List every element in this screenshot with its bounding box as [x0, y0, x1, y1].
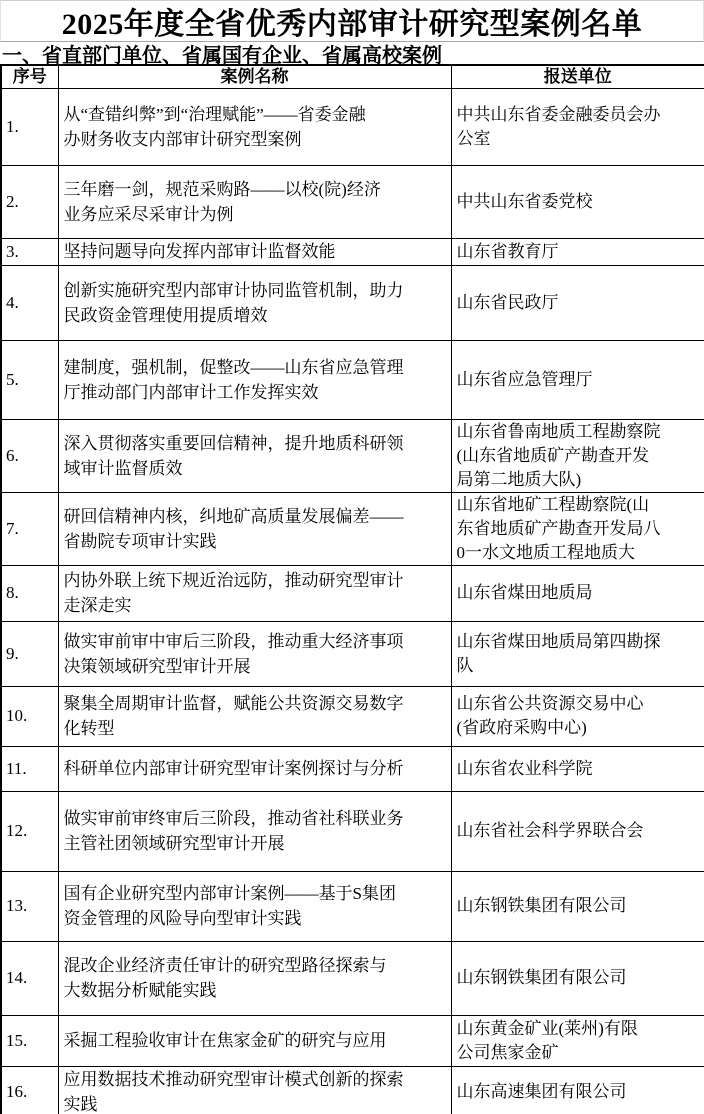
- case-name: 国有企业研究型内部审计案例——基于S集团 资金管理的风险导向型审计实践: [58, 871, 451, 941]
- row-number: 4.: [1, 265, 58, 340]
- table-row: 10. 聚集全周期审计监督，赋能公共资源交易数字 化转型 山东省公共资源交易中心…: [1, 686, 704, 746]
- unit-name: 中共山东省委党校: [451, 165, 704, 238]
- table-row: 2. 三年磨一剑，规范采购路——以校(院)经济 业务应采尽采审计为例 中共山东省…: [1, 165, 704, 238]
- section-heading: 一、省直部门单位、省属国有企业、省属高校案例: [0, 42, 704, 64]
- row-number: 2.: [1, 165, 58, 238]
- row-number: 3.: [1, 238, 58, 265]
- unit-name: 山东省社会科学界联合会: [451, 791, 704, 871]
- column-header-no: 序号: [1, 65, 58, 88]
- unit-name: 山东黄金矿业(莱州)有限 公司焦家金矿: [451, 1015, 704, 1066]
- case-name: 混改企业经济责任审计的研究型路径探索与 大数据分析赋能实践: [58, 941, 451, 1015]
- case-name: 应用数据技术推动研究型审计模式创新的探索 实践: [58, 1066, 451, 1114]
- case-name: 从“查错纠弊”到“治理赋能”——省委金融 办财务收支内部审计研究型案例: [58, 88, 451, 165]
- document-page: 2025年度全省优秀内部审计研究型案例名单 一、省直部门单位、省属国有企业、省属…: [0, 0, 704, 1114]
- table-row: 5. 建制度，强机制，促整改——山东省应急管理 厅推动部门内部审计工作发挥实效 …: [1, 340, 704, 419]
- table-row: 15. 采掘工程验收审计在焦家金矿的研究与应用 山东黄金矿业(莱州)有限 公司焦…: [1, 1015, 704, 1066]
- unit-name: 中共山东省委金融委员会办 公室: [451, 88, 704, 165]
- case-name: 深入贯彻落实重要回信精神，提升地质科研领 域审计监督质效: [58, 419, 451, 492]
- row-number: 11.: [1, 746, 58, 791]
- table-row: 1. 从“查错纠弊”到“治理赋能”——省委金融 办财务收支内部审计研究型案例 中…: [1, 88, 704, 165]
- unit-name: 山东省农业科学院: [451, 746, 704, 791]
- row-number: 7.: [1, 492, 58, 565]
- row-number: 8.: [1, 565, 58, 621]
- case-name: 三年磨一剑，规范采购路——以校(院)经济 业务应采尽采审计为例: [58, 165, 451, 238]
- table-row: 4. 创新实施研究型内部审计协同监管机制，助力 民政资金管理使用提质增效 山东省…: [1, 265, 704, 340]
- unit-name: 山东省应急管理厅: [451, 340, 704, 419]
- case-name: 做实审前审中审后三阶段，推动重大经济事项 决策领域研究型审计开展: [58, 621, 451, 686]
- table-row: 6. 深入贯彻落实重要回信精神，提升地质科研领 域审计监督质效 山东省鲁南地质工…: [1, 419, 704, 492]
- table-row: 12. 做实审前审终审后三阶段，推动省社科联业务 主管社团领域研究型审计开展 山…: [1, 791, 704, 871]
- unit-name: 山东高速集团有限公司: [451, 1066, 704, 1114]
- table-row: 11. 科研单位内部审计研究型审计案例探讨与分析 山东省农业科学院: [1, 746, 704, 791]
- row-number: 12.: [1, 791, 58, 871]
- row-number: 16.: [1, 1066, 58, 1114]
- row-number: 10.: [1, 686, 58, 746]
- unit-name: 山东钢铁集团有限公司: [451, 871, 704, 941]
- row-number: 14.: [1, 941, 58, 1015]
- case-name: 创新实施研究型内部审计协同监管机制，助力 民政资金管理使用提质增效: [58, 265, 451, 340]
- case-name: 内协外联上统下规近治远防，推动研究型审计 走深走实: [58, 565, 451, 621]
- case-table: 序号 案例名称 报送单位 1. 从“查错纠弊”到“治理赋能”——省委金融 办财务…: [0, 64, 704, 1114]
- table-row: 14. 混改企业经济责任审计的研究型路径探索与 大数据分析赋能实践 山东钢铁集团…: [1, 941, 704, 1015]
- unit-name: 山东省教育厅: [451, 238, 704, 265]
- row-number: 5.: [1, 340, 58, 419]
- case-name: 建制度，强机制，促整改——山东省应急管理 厅推动部门内部审计工作发挥实效: [58, 340, 451, 419]
- column-header-unit: 报送单位: [451, 65, 704, 88]
- column-header-case: 案例名称: [58, 65, 451, 88]
- table-row: 16. 应用数据技术推动研究型审计模式创新的探索 实践 山东高速集团有限公司: [1, 1066, 704, 1114]
- unit-name: 山东省鲁南地质工程勘察院 (山东省地质矿产勘查开发 局第二地质大队): [451, 419, 704, 492]
- unit-name: 山东省民政厅: [451, 265, 704, 340]
- case-name: 科研单位内部审计研究型审计案例探讨与分析: [58, 746, 451, 791]
- row-number: 6.: [1, 419, 58, 492]
- row-number: 13.: [1, 871, 58, 941]
- case-name: 做实审前审终审后三阶段，推动省社科联业务 主管社团领域研究型审计开展: [58, 791, 451, 871]
- unit-name: 山东省煤田地质局: [451, 565, 704, 621]
- unit-name: 山东省煤田地质局第四勘探 队: [451, 621, 704, 686]
- table-row: 3. 坚持问题导向发挥内部审计监督效能 山东省教育厅: [1, 238, 704, 265]
- unit-name: 山东省地矿工程勘察院(山 东省地质矿产勘查开发局八 0一水文地质工程地质大: [451, 492, 704, 565]
- unit-name: 山东钢铁集团有限公司: [451, 941, 704, 1015]
- case-name: 聚集全周期审计监督，赋能公共资源交易数字 化转型: [58, 686, 451, 746]
- case-name: 采掘工程验收审计在焦家金矿的研究与应用: [58, 1015, 451, 1066]
- row-number: 9.: [1, 621, 58, 686]
- unit-name: 山东省公共资源交易中心 (省政府采购中心): [451, 686, 704, 746]
- table-row: 7. 研回信精神内核，纠地矿高质量发展偏差—— 省勘院专项审计实践 山东省地矿工…: [1, 492, 704, 565]
- document-title: 2025年度全省优秀内部审计研究型案例名单: [0, 0, 704, 42]
- table-row: 9. 做实审前审中审后三阶段，推动重大经济事项 决策领域研究型审计开展 山东省煤…: [1, 621, 704, 686]
- case-name: 坚持问题导向发挥内部审计监督效能: [58, 238, 451, 265]
- table-row: 8. 内协外联上统下规近治远防，推动研究型审计 走深走实 山东省煤田地质局: [1, 565, 704, 621]
- table-row: 13. 国有企业研究型内部审计案例——基于S集团 资金管理的风险导向型审计实践 …: [1, 871, 704, 941]
- row-number: 1.: [1, 88, 58, 165]
- row-number: 15.: [1, 1015, 58, 1066]
- header-row: 序号 案例名称 报送单位: [1, 65, 704, 88]
- case-name: 研回信精神内核，纠地矿高质量发展偏差—— 省勘院专项审计实践: [58, 492, 451, 565]
